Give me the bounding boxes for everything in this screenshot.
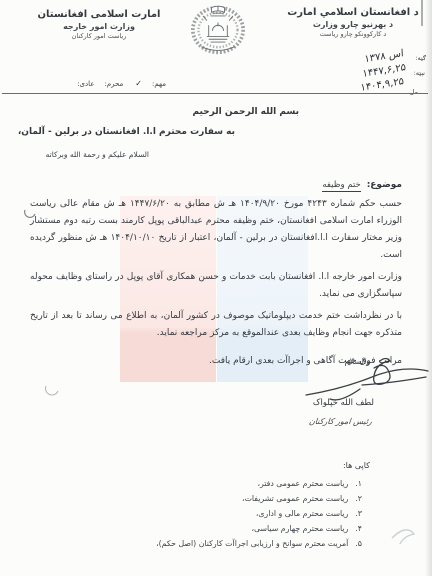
addressee-line: به سفارت محترم ا.ا. افغانستان در برلین -… [18, 127, 235, 137]
emirate-name-pashto: د افغانستان اسلامي امارت [282, 7, 424, 20]
copies-item-text: آمریت محترم سوانح و ارزیابی اجراآت کارکن… [156, 539, 348, 548]
ministry-name-dari: وزارت امور خارجه [28, 22, 170, 32]
subject-value: ختم وظیفه [322, 180, 360, 192]
copies-heading: کاپی ها: [343, 461, 370, 470]
letterhead-pashto: د افغانستان اسلامي امارت د بهرنیو چارو و… [282, 7, 424, 38]
national-emblem-icon [180, 2, 256, 56]
emirate-name-dari: امارت اسلامی افغانستان [28, 9, 170, 22]
copies-list: ۱.ریاست محترم عمومی دفتر، ۲.ریاست محترم … [156, 479, 362, 554]
letterhead-dari: امارت اسلامی افغانستان وزارت امور خارجه … [28, 9, 170, 40]
copies-item-text: ریاست محترم عمومی دفتر، [257, 479, 348, 488]
directorate-name-dari: ریاست امور کارکنان [28, 32, 170, 40]
scanned-official-letter: امارت اسلامی افغانستان وزارت امور خارجه … [0, 0, 432, 576]
scan-edge-shadow [425, 0, 432, 576]
copies-item-number: ۴. [355, 524, 362, 533]
copies-item-number: ۱. [355, 479, 362, 488]
copies-item-text: ریاست محترم مالی و اداری، [256, 509, 349, 518]
subject-line: موضوع: ختم وظیفه [322, 180, 402, 190]
scan-edge-artifact [421, 0, 423, 26]
handwritten-signature-icon [302, 353, 430, 411]
header-divider [2, 93, 428, 94]
ref-date-label: نېټه: [414, 69, 425, 77]
pen-mark-artifact [22, 206, 40, 226]
important-label: مهم: [152, 80, 166, 88]
copies-item-number: ۲. [355, 494, 362, 503]
copies-item: ۲.ریاست محترم عمومی تشریفات، [156, 494, 362, 509]
bismillah-line: بسم الله الرحمن الرحیم [192, 107, 299, 117]
smudge-artifact [388, 520, 418, 550]
copies-item: ۴.ریاست محترم چهارم سیاسی، [156, 524, 362, 539]
body-paragraph-1: حسب حکم شماره ۴۲۴۳ مورخ ۱۴۰۴/۹/۲۰ هـ ش م… [30, 196, 402, 264]
copies-item: ۵.آمریت محترم سوانح و ارزیابی اجراآت کار… [156, 539, 362, 554]
subject-label: موضوع: [367, 180, 402, 190]
copies-item-number: ۵. [355, 539, 362, 548]
copies-item: ۳.ریاست محترم مالی و اداری، [156, 509, 362, 524]
ref-attachment-label: مل [410, 88, 418, 96]
copies-item-number: ۳. [355, 509, 362, 518]
body-paragraph-2: وزارت امور خارجه ا.ا. افغانستان بابت خدم… [30, 269, 402, 303]
body-paragraph-3: با در نظرداشت ختم خدمت دیپلوماتیک موصوف … [30, 308, 402, 342]
letter-body: حسب حکم شماره ۴۲۴۳ مورخ ۱۴۰۴/۹/۲۰ هـ ش م… [30, 196, 402, 375]
signatory-title: رئیس امور کارکنان [309, 417, 373, 426]
copies-item-text: ریاست محترم عمومی تشریفات، [242, 494, 348, 503]
directorate-name-pashto: د کارکوونکو چارو ریاست [282, 30, 424, 38]
pen-mark-artifact [42, 383, 62, 403]
check-icon: ✓ [135, 79, 142, 88]
copies-item: ۱.ریاست محترم عمومی دفتر، [156, 479, 362, 494]
reference-block: ګڼه: اس ۱۳۷۸ نېټه: ۱۴۴۷,۶,۲۵ ۱۴۰۴,۹,۲۵ م… [296, 48, 428, 98]
ministry-name-pashto: د بهرنیو چارو وزارت [282, 20, 424, 30]
classification-row: مهم:✓محرم:عادی: [6, 79, 166, 88]
copies-item-text: ریاست محترم چهارم سیاسی، [251, 524, 348, 533]
confidential-label: محرم: [104, 80, 123, 88]
ordinary-label: عادی: [77, 80, 94, 88]
salutation-line: السلام علیکم و رحمة الله وبرکاته [46, 150, 149, 159]
